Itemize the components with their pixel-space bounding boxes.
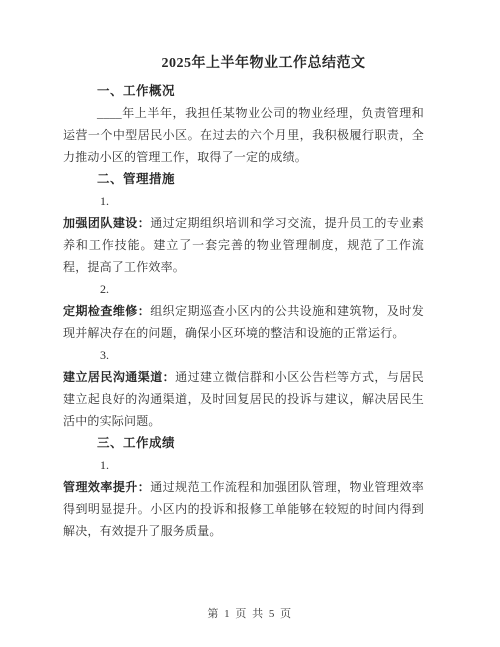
item-number: 2.	[63, 278, 424, 300]
work-overview-paragraph: ____年上半年，我担任某物业公司的物业经理，负责管理和运营一个中型居民小区。在…	[63, 102, 424, 168]
item-paragraph: 加强团队建设：通过定期组织培训和学习交流，提升员工的专业素养和工作技能。建立了一…	[63, 212, 424, 278]
page-number-footer: 第 1 页 共 5 页	[0, 605, 500, 621]
item-label: 建立居民沟通渠道：	[63, 370, 175, 384]
item-label: 加强团队建设：	[63, 216, 150, 230]
item-number: 1.	[63, 190, 424, 212]
section-heading-management-measures: 二、管理措施	[63, 168, 424, 190]
item-paragraph: 管理效率提升：通过规范工作流程和加强团队管理，物业管理效率得到明显提升。小区内的…	[63, 476, 424, 542]
item-number: 1.	[63, 454, 424, 476]
item-label: 定期检查维修：	[63, 304, 150, 318]
document-page: 2025年上半年物业工作总结范文 一、工作概况 ____年上半年，我担任某物业公…	[0, 0, 500, 647]
item-number: 3.	[63, 344, 424, 366]
item-label: 管理效率提升：	[63, 480, 150, 494]
item-paragraph: 建立居民沟通渠道：通过建立微信群和小区公告栏等方式，与居民建立起良好的沟通渠道，…	[63, 366, 424, 432]
item-paragraph: 定期检查维修：组织定期巡查小区内的公共设施和建筑物，及时发现并解决存在的问题，确…	[63, 300, 424, 344]
section-heading-work-overview: 一、工作概况	[63, 80, 424, 102]
section-heading-work-achievements: 三、工作成绩	[63, 432, 424, 454]
document-body: 2025年上半年物业工作总结范文 一、工作概况 ____年上半年，我担任某物业公…	[63, 52, 424, 542]
document-title: 2025年上半年物业工作总结范文	[83, 52, 444, 76]
